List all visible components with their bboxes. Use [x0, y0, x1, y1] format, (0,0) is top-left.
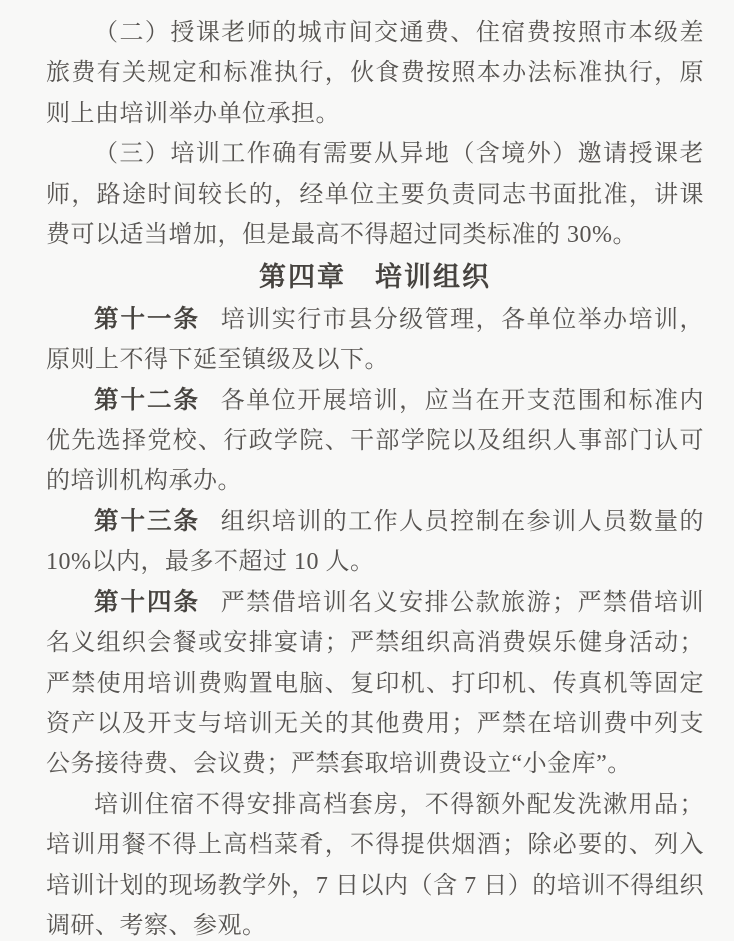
chapter-heading: 第四章 培训组织	[46, 257, 704, 297]
paragraph-text: 培训住宿不得安排高档套房，不得额外配发洗漱用品；培训用餐不得上高档菜肴，不得提供…	[46, 792, 704, 939]
paragraph-article-14-continued: 培训住宿不得安排高档套房，不得额外配发洗漱用品；培训用餐不得上高档菜肴，不得提供…	[46, 785, 704, 941]
paragraph-section-two: （二）授课老师的城市间交通费、住宿费按照市本级差旅费有关规定和标准执行，伙食费按…	[46, 13, 704, 134]
article-number: 第十一条	[94, 306, 200, 333]
article-number: 第十二条	[94, 387, 200, 414]
paragraph-text: （三）培训工作确有需要从异地（含境外）邀请授课老师，路途时间较长的，经单位主要负…	[46, 141, 704, 248]
paragraph-article-13: 第十三条组织培训的工作人员控制在参训人员数量的10%以内，最多不超过 10 人。	[46, 502, 704, 583]
document-page: （二）授课老师的城市间交通费、住宿费按照市本级差旅费有关规定和标准执行，伙食费按…	[0, 0, 734, 941]
paragraph-article-14: 第十四条严禁借培训名义安排公款旅游；严禁借培训名义组织会餐或安排宴请；严禁组织高…	[46, 583, 704, 785]
article-number: 第十四条	[94, 589, 200, 616]
paragraph-section-three: （三）培训工作确有需要从异地（含境外）邀请授课老师，路途时间较长的，经单位主要负…	[46, 134, 704, 255]
paragraph-text: （二）授课老师的城市间交通费、住宿费按照市本级差旅费有关规定和标准执行，伙食费按…	[46, 20, 704, 127]
paragraph-article-12: 第十二条各单位开展培训，应当在开支范围和标准内优先选择党校、行政学院、干部学院以…	[46, 381, 704, 502]
article-number: 第十三条	[94, 508, 200, 535]
paragraph-text: 严禁借培训名义安排公款旅游；严禁借培训名义组织会餐或安排宴请；严禁组织高消费娱乐…	[46, 590, 704, 778]
paragraph-article-11: 第十一条培训实行市县分级管理，各单位举办培训，原则上不得下延至镇级及以下。	[46, 300, 704, 381]
